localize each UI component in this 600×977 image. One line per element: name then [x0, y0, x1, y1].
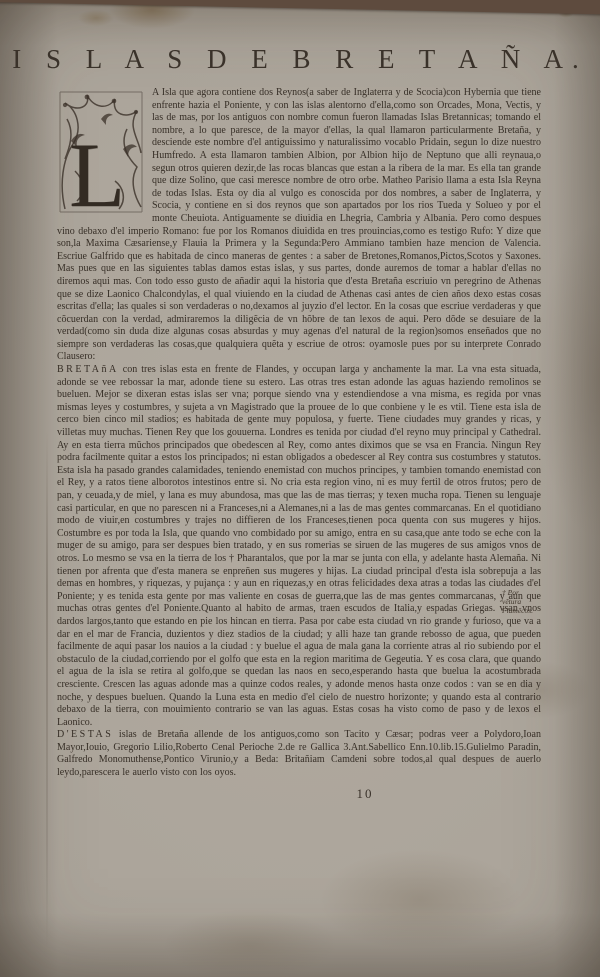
- paragraph-3-lead: D'ESTAS: [57, 729, 113, 740]
- text-column: L A Isla que agora contiene dos Reynos(a…: [57, 87, 541, 802]
- paragraph-2-lead: BRETAñA: [57, 364, 119, 375]
- paragraph-2-text: con tres islas esta en frente de Flandes…: [57, 364, 541, 728]
- paragraph-3-text: islas de Bretaña allende de los antiguos…: [57, 729, 541, 778]
- page-title: I S L A S D E B R E T A Ñ A.: [0, 0, 600, 87]
- paragraph-2: BRETAñA con tres islas esta en frente de…: [57, 364, 541, 729]
- paragraph-1: L A Isla que agora contiene dos Reynos(a…: [57, 87, 541, 364]
- margin-note: † Por vẽtura Flamẽcos.: [502, 588, 539, 615]
- paragraph-3: D'ESTAS islas de Bretaña allende de los …: [57, 729, 541, 779]
- book-page: I S L A S D E B R E T A Ñ A.: [0, 0, 600, 977]
- drop-cap: L: [57, 89, 145, 215]
- drop-cap-letter: L: [69, 138, 125, 213]
- page-number: 10: [57, 786, 541, 802]
- book-photo: I S L A S D E B R E T A Ñ A.: [0, 0, 600, 977]
